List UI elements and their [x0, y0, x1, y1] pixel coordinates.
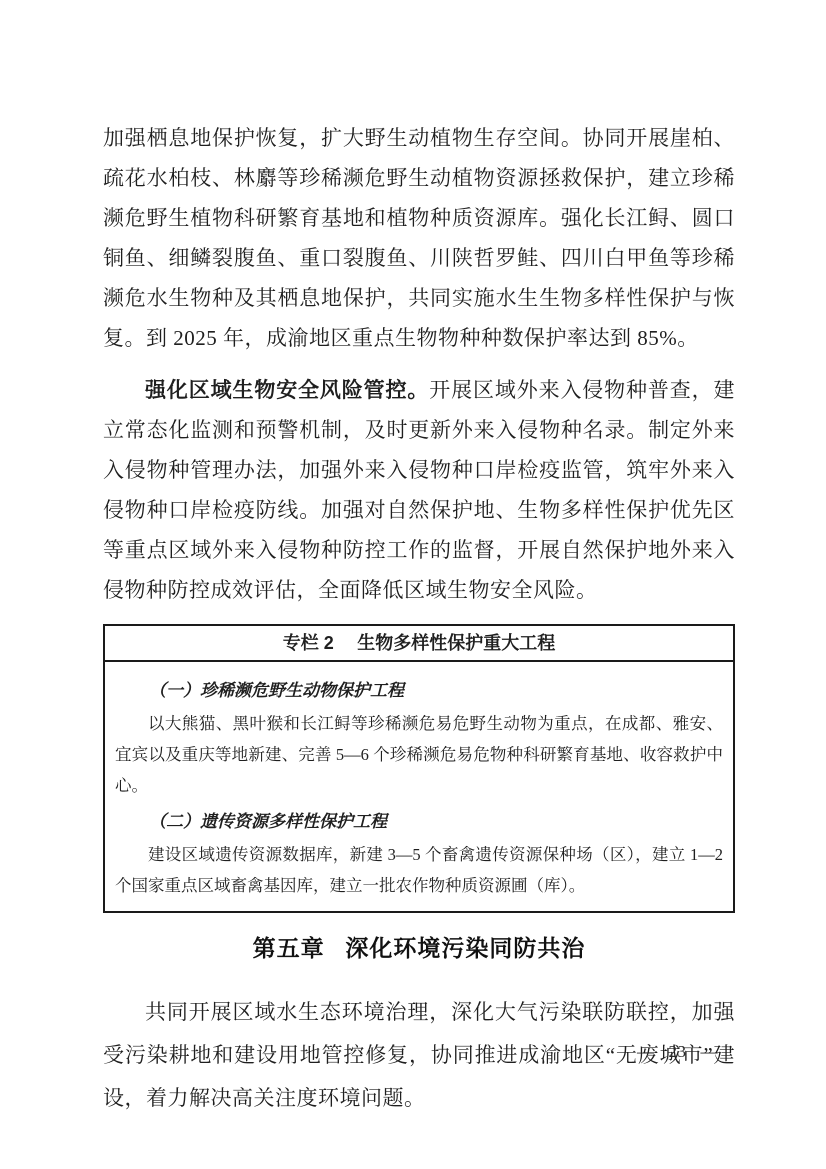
document-content: 加强栖息地保护恢复，扩大野生动植物生存空间。协同开展崖柏、疏花水柏枝、林麝等珍稀…: [103, 118, 735, 1120]
callout-section-1-body: 以大熊猫、黑叶猴和长江鲟等珍稀濒危易危野生动物为重点，在成都、雅安、宜宾以及重庆…: [115, 708, 723, 801]
paragraph-biosecurity-body: 开展区域外来入侵物种普查，建立常态化监测和预警机制，及时更新外来入侵物种名录。制…: [103, 378, 735, 602]
callout-section-2-heading: （二）遗传资源多样性保护工程: [115, 807, 723, 837]
page-number-right-dash: —: [701, 1042, 719, 1061]
chapter-title: 深化环境污染同防共治: [345, 935, 585, 961]
paragraph-biosecurity-lead: 强化区域生物安全风险管控。: [145, 378, 429, 402]
callout-box-header: 专栏 2生物多样性保护重大工程: [105, 626, 733, 662]
chapter-heading: 第五章深化环境污染同防共治: [103, 933, 735, 963]
chapter-number: 第五章: [253, 935, 325, 961]
paragraph-biosecurity: 强化区域生物安全风险管控。开展区域外来入侵物种普查，建立常态化监测和预警机制，及…: [103, 370, 735, 610]
callout-box-body: （一）珍稀濒危野生动物保护工程 以大熊猫、黑叶猴和长江鲟等珍稀濒危易危野生动物为…: [105, 662, 733, 911]
page-number-left-dash: —: [637, 1042, 655, 1061]
page-number: —23—: [637, 1042, 718, 1062]
callout-section-2-body: 建设区域遗传资源数据库，新建 3—5 个畜禽遗传资源保种场（区），建立 1—2 …: [115, 839, 723, 901]
document-page: 加强栖息地保护恢复，扩大野生动植物生存空间。协同开展崖柏、疏花水柏枝、林麝等珍稀…: [0, 0, 826, 1169]
callout-box-label: 专栏 2: [283, 633, 334, 653]
callout-section-1-heading: （一）珍稀濒危野生动物保护工程: [115, 676, 723, 706]
page-number-value: 23: [669, 1042, 687, 1061]
callout-box-biodiversity-projects: 专栏 2生物多样性保护重大工程 （一）珍稀濒危野生动物保护工程 以大熊猫、黑叶猴…: [103, 624, 735, 913]
callout-box-title: 生物多样性保护重大工程: [357, 633, 555, 653]
paragraph-habitat-protection: 加强栖息地保护恢复，扩大野生动植物生存空间。协同开展崖柏、疏花水柏枝、林麝等珍稀…: [103, 118, 735, 358]
